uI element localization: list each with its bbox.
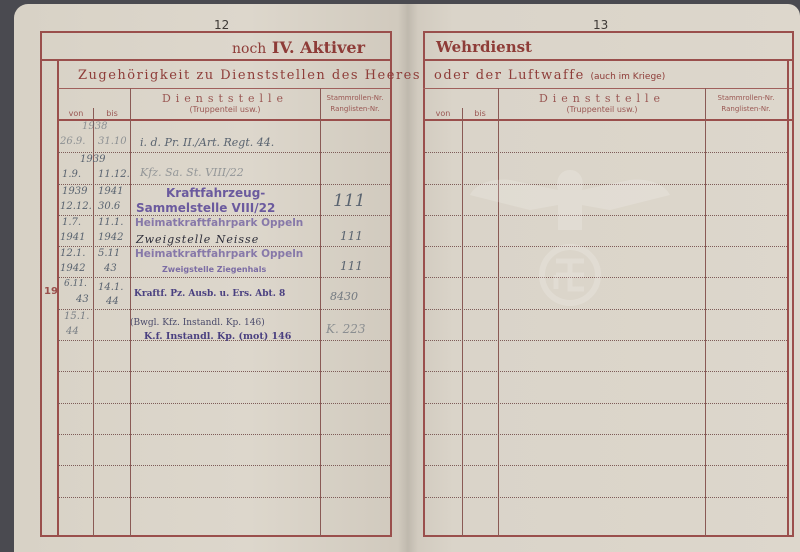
entry-bis: 11.12. [98, 169, 130, 180]
row-line [425, 403, 787, 404]
entry-zweigstelle-neisse: Zweigstelle Neisse [136, 233, 259, 246]
left-header-divider [58, 119, 390, 121]
stamp-heimatkraftfahrpark: Heimatkraftfahrpark Oppeln [135, 217, 303, 229]
entry-nr: K. 223 [326, 322, 366, 336]
entry-von: 12.1. [60, 248, 85, 259]
left-title: noch IV. Aktiver [232, 38, 365, 57]
col-von-header: von [425, 108, 461, 119]
row-line [58, 434, 390, 435]
right-title: Wehrdienst [436, 38, 532, 56]
right-subtitle-divider [423, 88, 792, 89]
right-header-divider [423, 119, 792, 121]
entry-von: 15.1. [64, 311, 89, 322]
stamp-instandl-kp-146: K.f. Instandl. Kp. (mot) 146 [144, 331, 291, 342]
entry-nr: 111 [333, 191, 365, 211]
entry-nr: 111 [340, 259, 363, 273]
row-line [58, 184, 390, 185]
entry-dienststelle: Kfz. Sa. St. VIII/22 [140, 166, 244, 179]
entry-von: 1939 [62, 186, 87, 197]
von-bis-header-divider [93, 108, 94, 120]
title-main: IV. Aktiver [272, 38, 365, 57]
entry-von: 1.7. [62, 217, 81, 228]
right-col-dienst-nr [705, 88, 706, 537]
entry-bis: 30.6 [98, 201, 120, 212]
stammrollen-label: Stammrollen-Nr. [321, 93, 389, 104]
right-col-von-bis [462, 120, 463, 537]
col-bis-header: bis [95, 108, 129, 119]
row-line [425, 497, 787, 498]
stamp-kraftfahrzeug: Kraftfahrzeug- [166, 186, 265, 200]
entry-von: 43 [76, 294, 89, 305]
dienststelle-sublabel: (Truppenteil usw.) [500, 104, 704, 115]
ranglisten-label: Ranglisten-Nr. [321, 104, 389, 115]
title-prefix: noch [232, 41, 266, 57]
left-col-dienst-nr [320, 88, 321, 537]
row-line [58, 465, 390, 466]
entry-bis: 31.10 [98, 136, 127, 147]
col-dienststelle-header: Dienststelle (Truppenteil usw.) [132, 93, 318, 115]
page-number-right: 13 [593, 18, 608, 32]
stamp-zweigstelle-ziegenhals: Zweigstelle Ziegenhals [162, 265, 266, 274]
stamp-kraftf-pz-ausb: Kraftf. Pz. Ausb. u. Ers. Abt. 8 [134, 289, 285, 299]
left-subtitle: Zugehörigkeit zu Dienststellen des Heere… [78, 68, 421, 83]
row-line [425, 340, 787, 341]
stamp-bwgl-instandl: (Bwgl. Kfz. Instandl. Kp. 146) [130, 318, 265, 328]
left-title-divider [40, 59, 392, 61]
stamp-heimatkraftfahrpark: Heimatkraftfahrpark Oppeln [135, 248, 303, 260]
entry-bis: 11.1. [98, 217, 123, 228]
row-line [58, 215, 390, 216]
row-line [425, 371, 787, 372]
book-gutter [398, 4, 418, 552]
row-line [58, 403, 390, 404]
entry-bis: 1942 [98, 232, 123, 243]
page-number-left: 12 [214, 18, 229, 32]
dienststelle-label: Dienststelle [132, 93, 318, 104]
row-line [58, 277, 390, 278]
entry-von: 26.9. [60, 136, 85, 147]
entry-bis: 1941 [98, 186, 123, 197]
entry-dienststelle: i. d. Pr. II./Art. Regt. 44. [140, 136, 274, 149]
right-margin-rule [787, 59, 789, 537]
entry-nr: 111 [340, 229, 363, 243]
row-line [425, 434, 787, 435]
row-line [58, 246, 390, 247]
stammrollen-label: Stammrollen-Nr. [706, 93, 786, 104]
entry-bis: 44 [106, 296, 119, 307]
col-stammrollen-header: Stammrollen-Nr. Ranglisten-Nr. [706, 93, 786, 115]
entry-bis: 14.1. [98, 282, 123, 293]
col-stammrollen-header: Stammrollen-Nr. Ranglisten-Nr. [321, 93, 389, 115]
ranglisten-label: Ranglisten-Nr. [706, 104, 786, 115]
row-line [58, 371, 390, 372]
watermark-emblem-icon [470, 150, 670, 310]
left-subtitle-divider [58, 88, 390, 89]
row-line [58, 152, 390, 153]
dienststelle-label: Dienststelle [500, 93, 704, 104]
entry-bis: 43 [104, 263, 117, 274]
entry-bis: 5.11 [98, 248, 120, 259]
margin-number: 19 [44, 286, 58, 297]
subtitle-main: oder der Luftwaffe [434, 68, 585, 83]
entry-von: 1941 [60, 232, 85, 243]
left-col-von-bis [93, 120, 94, 537]
col-bis-header: bis [463, 108, 497, 119]
row-line [58, 309, 390, 310]
row-line [58, 497, 390, 498]
entry-nr: 8430 [330, 290, 358, 303]
left-col-bis-dienst [130, 88, 131, 537]
entry-von: 1938 [82, 121, 107, 132]
stamp-sammelstelle: Sammelstelle VIII/22 [136, 201, 275, 215]
entry-von: 1942 [60, 263, 85, 274]
right-title-divider [423, 59, 794, 61]
col-dienststelle-header: Dienststelle (Truppenteil usw.) [500, 93, 704, 115]
entry-von: 1939 [80, 154, 105, 165]
dienststelle-sublabel: (Truppenteil usw.) [132, 104, 318, 115]
subtitle-note: (auch im Kriege) [590, 72, 665, 82]
right-subtitle: oder der Luftwaffe (auch im Kriege) [434, 68, 665, 83]
row-line [425, 465, 787, 466]
entry-von: 6.11. [64, 279, 87, 289]
entry-von: 12.12. [60, 201, 92, 212]
col-von-header: von [60, 108, 92, 119]
entry-von: 44 [66, 326, 79, 337]
entry-von: 1.9. [62, 169, 81, 180]
